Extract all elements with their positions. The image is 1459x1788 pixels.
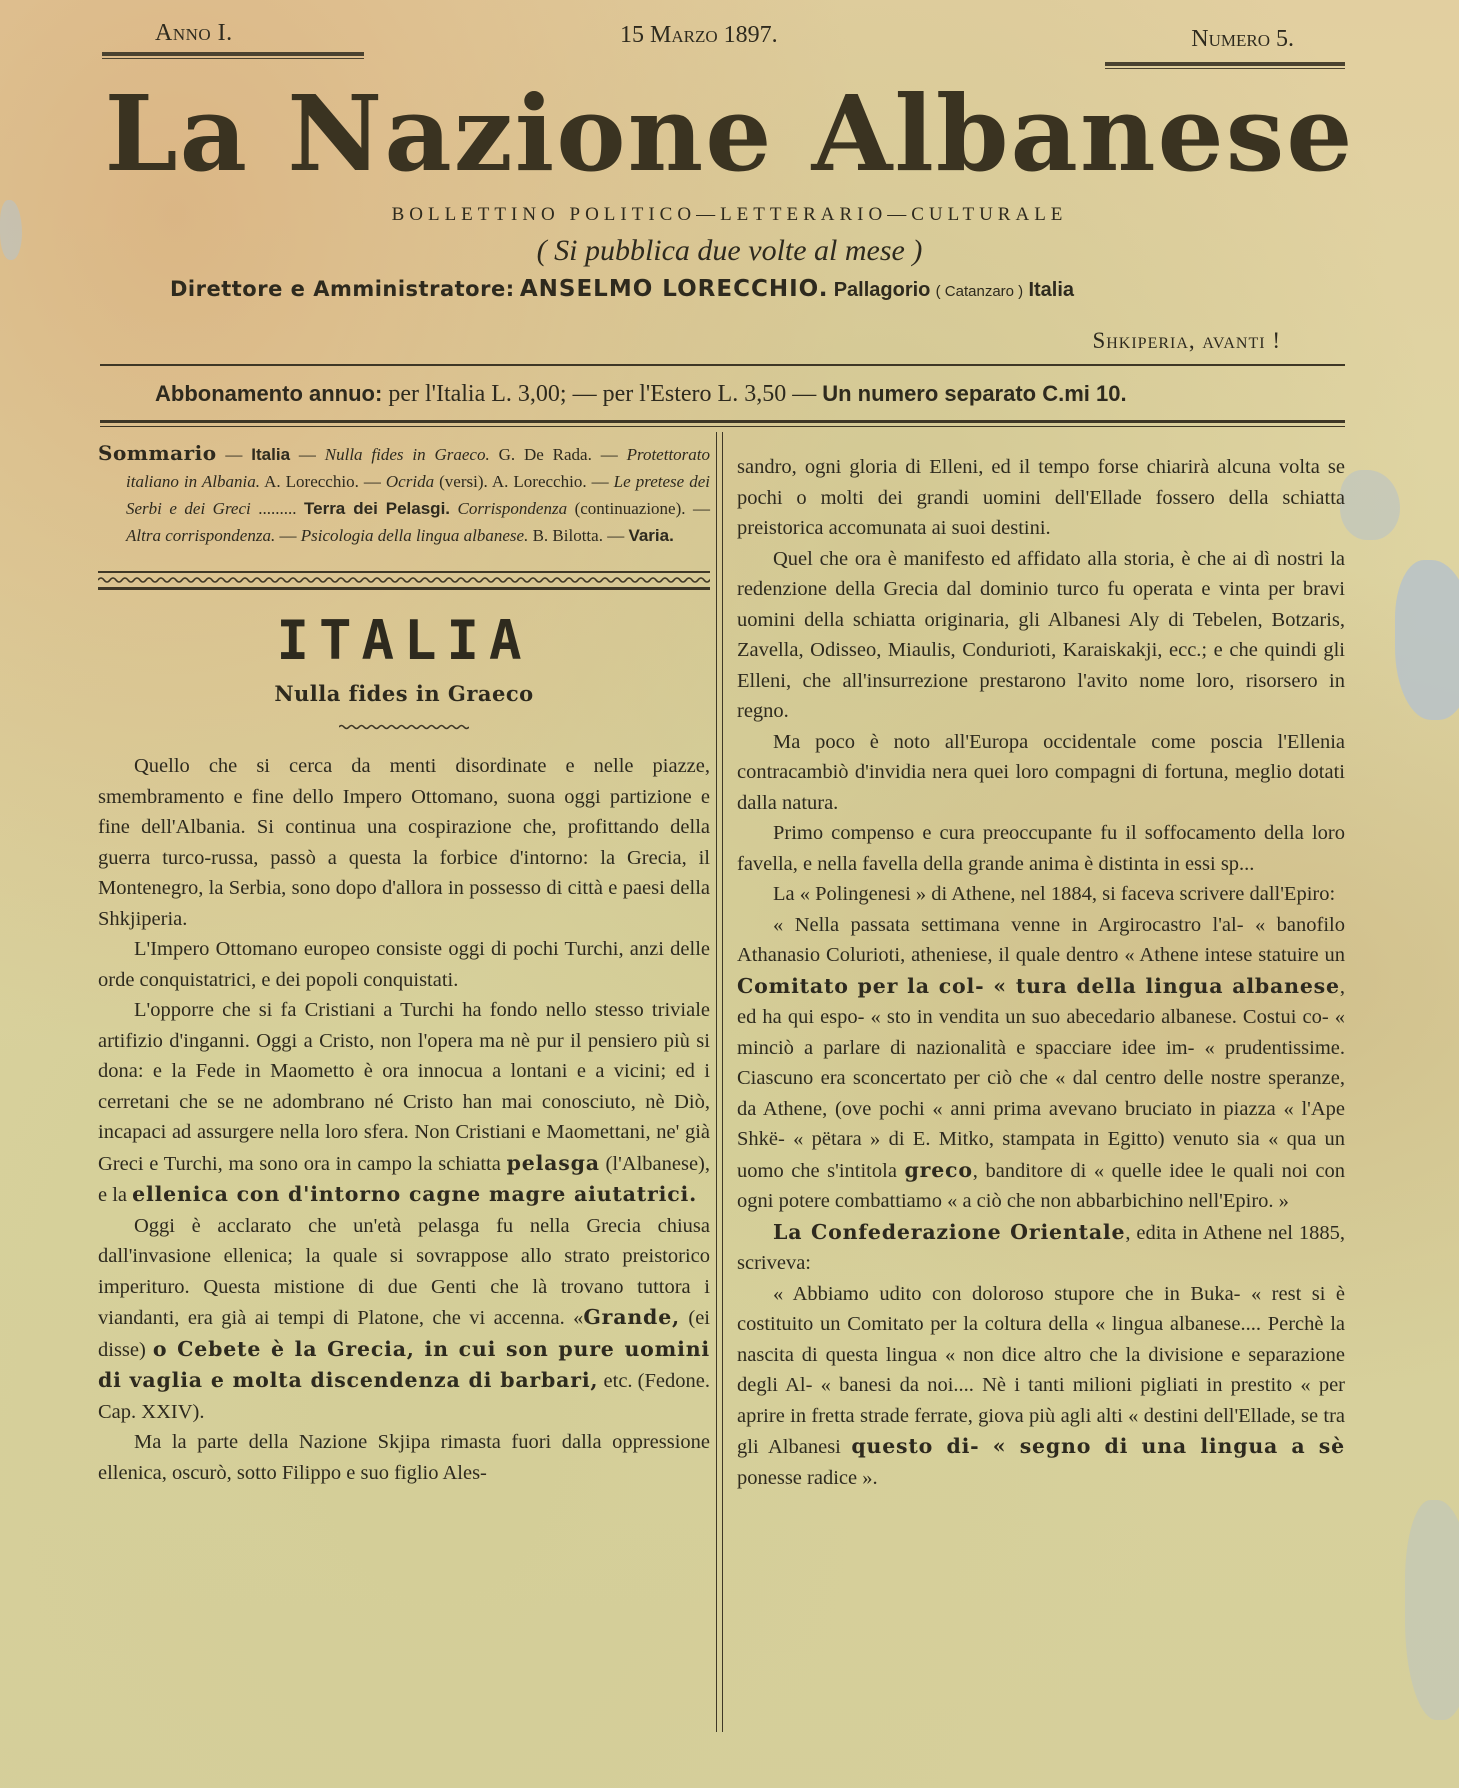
subscription-italy: per l'Italia L. 3,00; —: [388, 381, 596, 407]
sommario-entry: Ocrida: [386, 472, 434, 491]
paragraph: Oggi è acclarato che un'età pelasga fu n…: [98, 1211, 710, 1428]
text: « Abbiamo udito con doloroso stupore che…: [737, 1283, 1345, 1459]
paper-tear: [1395, 560, 1459, 720]
issue-year: Anno I.: [155, 20, 233, 47]
director-place: Pallagorio: [834, 279, 931, 301]
text: Ma poco è noto all'Europa occidentale co…: [737, 731, 1345, 814]
bold-text: questo di- « segno di una lingua a sè: [851, 1434, 1345, 1458]
paper-tear: [1405, 1500, 1459, 1720]
bold-text: Comitato per la col- « tura della lingua…: [737, 974, 1340, 998]
director-province: ( Catanzaro ): [936, 283, 1024, 300]
director-country: Italia: [1028, 279, 1074, 301]
column-divider: [716, 432, 723, 1732]
subscription-label: Abbonamento annuo:: [155, 381, 382, 406]
bold-text: greco: [904, 1158, 972, 1182]
sommario-entry: (continuazione). —: [567, 499, 710, 518]
publication-frequency: ( Si pubblica due volte al mese ): [0, 234, 1459, 268]
sommario-entry: A. Lorecchio. —: [260, 472, 386, 491]
wavy-line-icon: [98, 575, 710, 585]
sommario-entry: —: [217, 445, 252, 464]
sommario-entry: Terra dei Pelasgi.: [304, 499, 450, 518]
text: , ed ha qui espo- « sto in vendita un su…: [737, 976, 1345, 1182]
director-line: Direttore e Amministratore: ANSELMO LORE…: [170, 276, 1074, 302]
sommario-entry: B. Bilotta. —: [528, 526, 628, 545]
issue-number: Numero 5.: [1191, 26, 1294, 53]
subscription-single-copy: Un numero separato C.mi 10.: [822, 381, 1126, 406]
paragraph: La « Polingenesi » di Athene, nel 1884, …: [737, 879, 1345, 910]
header-rule-right: [1105, 62, 1345, 69]
sommario-entry: .........: [251, 499, 304, 518]
sommario-entry: —: [290, 445, 325, 464]
paragraph: Quel che ora è manifesto ed affidato all…: [737, 544, 1345, 727]
director-label: Direttore e Amministratore:: [170, 277, 515, 301]
bold-text: pelasga: [507, 1151, 600, 1175]
paragraph: « Abbiamo udito con doloroso stupore che…: [737, 1279, 1345, 1494]
paragraph: Ma la parte della Nazione Skjipa rimasta…: [98, 1427, 710, 1488]
sommario-entry: Corrispondenza: [458, 499, 568, 518]
motto: Shkiperia, avanti !: [1092, 328, 1281, 354]
divider-rule: [100, 364, 1345, 366]
ornamental-rule: [98, 571, 710, 590]
article-title: Nulla fides in Graeco: [98, 679, 710, 710]
sommario-entry: [450, 499, 458, 518]
paragraph: L'opporre che si fa Cristiani a Turchi h…: [98, 995, 710, 1211]
section-title: ITALIA: [98, 626, 710, 657]
right-column: sandro, ogni gloria di Elleni, ed il tem…: [737, 452, 1345, 1493]
text: « Nella passata settimana venne in Argir…: [737, 914, 1345, 967]
sommario-entry: Varia.: [628, 526, 673, 545]
sommario-title: Sommario: [98, 441, 217, 465]
paragraph: « Nella passata settimana venne in Argir…: [737, 910, 1345, 1217]
issue-date: 15 Marzo 1897.: [620, 22, 778, 49]
bold-text: Grande,: [583, 1305, 680, 1329]
director-name: ANSELMO LORECCHIO.: [520, 276, 829, 302]
bold-text: ellenica con d'intorno cagne magre aiuta…: [132, 1182, 697, 1206]
sommario-entry: Psicologia della lingua albanese.: [301, 526, 529, 545]
article-body-right: sandro, ogni gloria di Elleni, ed il tem…: [737, 452, 1345, 1493]
text: ponesse radice ».: [737, 1467, 878, 1489]
sommario: Sommario — Italia — Nulla fides in Graec…: [98, 440, 710, 549]
masthead-subtitle: BOLLETTINO POLITICO—LETTERARIO—CULTURALE: [0, 204, 1459, 226]
newspaper-page: Anno I. 15 Marzo 1897. Numero 5. La Nazi…: [0, 0, 1459, 1788]
text: sandro, ogni gloria di Elleni, ed il tem…: [737, 456, 1345, 539]
text: La « Polingenesi » di Athene, nel 1884, …: [773, 883, 1335, 905]
text: L'opporre che si fa Cristiani a Turchi h…: [98, 999, 710, 1175]
sommario-entry: Nulla fides in Graeco.: [325, 445, 490, 464]
text: Quello che si cerca da menti disordinate…: [98, 755, 710, 930]
bold-text: La Confederazione Orientale: [773, 1220, 1125, 1244]
sommario-entry: Altra corrispondenza.: [126, 526, 275, 545]
text: Ma la parte della Nazione Skjipa rimasta…: [98, 1431, 710, 1484]
paragraph: La Confederazione Orientale, edita in At…: [737, 1217, 1345, 1279]
text: Quel che ora è manifesto ed affidato all…: [737, 548, 1345, 723]
header-rule-left: [102, 52, 364, 59]
paragraph: sandro, ogni gloria di Elleni, ed il tem…: [737, 452, 1345, 544]
sommario-entry: Italia: [251, 445, 290, 464]
text: Primo compenso e cura preoccupante fu il…: [737, 822, 1345, 875]
subscription-line: Abbonamento annuo: per l'Italia L. 3,00;…: [155, 381, 1127, 408]
paragraph: Ma poco è noto all'Europa occidentale co…: [737, 727, 1345, 819]
left-column: Sommario — Italia — Nulla fides in Graec…: [98, 440, 710, 1488]
text: L'Impero Ottomano europeo consiste oggi …: [98, 938, 710, 991]
article-body-left: Quello che si cerca da menti disordinate…: [98, 751, 710, 1488]
paper-tear: [1340, 470, 1400, 540]
wavy-line-icon: [339, 723, 469, 731]
paragraph: Primo compenso e cura preoccupante fu il…: [737, 818, 1345, 879]
sommario-entry: G. De Rada. —: [490, 445, 627, 464]
masthead-title: La Nazione Albanese: [0, 82, 1459, 186]
sommario-entry: (versi). A. Lorecchio. —: [434, 472, 614, 491]
subscription-abroad: per l'Estero L. 3,50 —: [603, 381, 817, 407]
paragraph: Quello che si cerca da menti disordinate…: [98, 751, 710, 934]
paragraph: L'Impero Ottomano europeo consiste oggi …: [98, 934, 710, 995]
sommario-entry: —: [275, 526, 301, 545]
divider-rule-double: [100, 420, 1345, 427]
